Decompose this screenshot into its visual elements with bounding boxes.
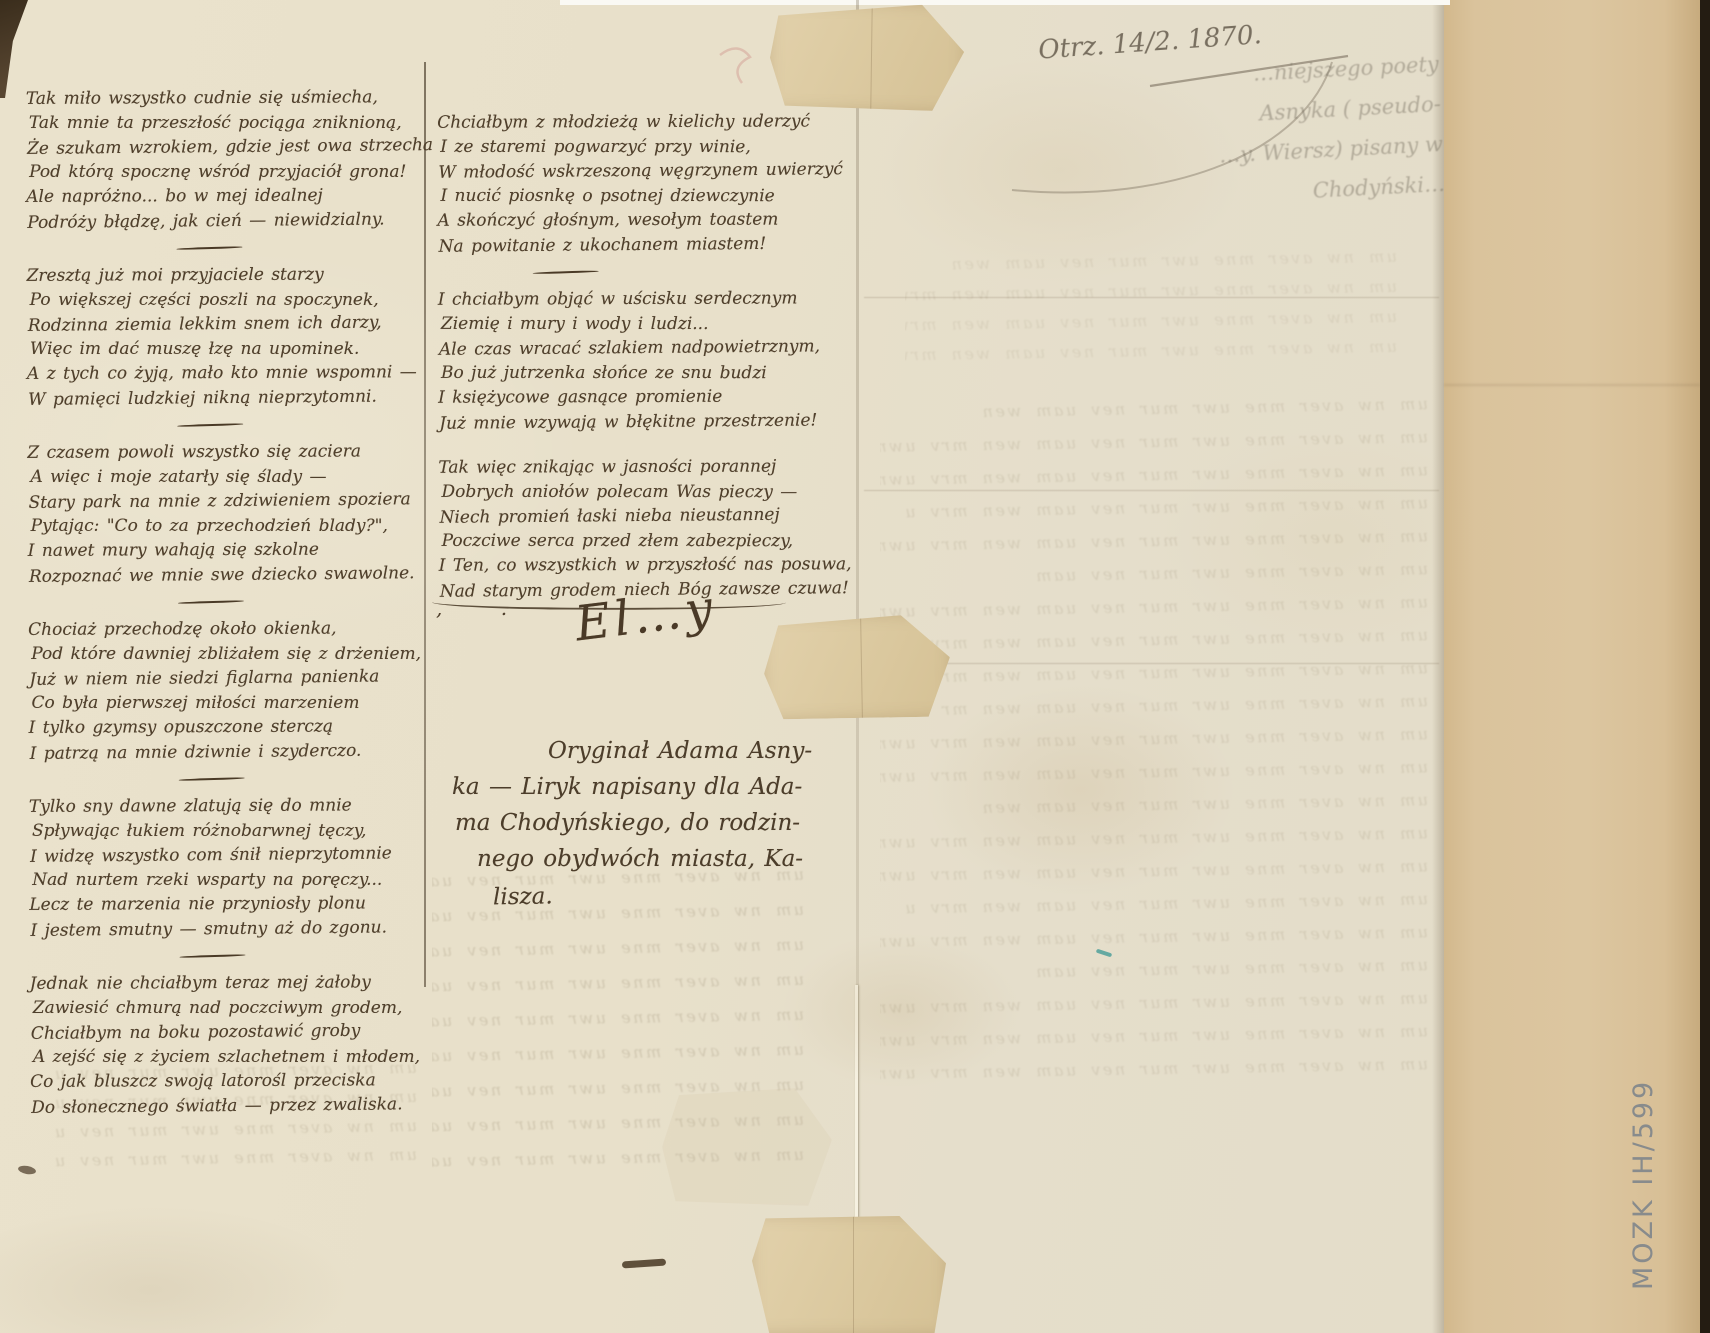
manuscript-scan: um nw aver mne uwr mur nev uam wenum nw … bbox=[0, 0, 1710, 1333]
backing-strip bbox=[1444, 0, 1700, 1333]
tape-fold-line bbox=[860, 616, 863, 718]
binding-remnant bbox=[0, 0, 28, 98]
fold-crack bbox=[855, 985, 858, 1220]
poem-line: I tylko gzymsy opuszczone sterczą bbox=[28, 714, 432, 740]
poem-column-2: Chciałbym z młodzieżą w kielichy uderzyć… bbox=[437, 109, 843, 602]
poem-line: Chciałbym na boku pozostawić groby bbox=[31, 1018, 435, 1046]
bleedthrough-line: um nw aver mne uwr mur nev uam wen mrv u… bbox=[449, 997, 804, 1038]
poem-line: I ze staremi pogwarzyć przy winie, bbox=[440, 134, 844, 159]
poem-line: Chciałbym z młodzieżą w kielichy uderzyć bbox=[437, 109, 841, 135]
stanza-separator bbox=[29, 763, 433, 795]
bleedthrough-line: um nw aver mne uwr mur nev uam wen mrv u… bbox=[892, 618, 1428, 660]
tape-fold-line bbox=[870, 4, 872, 110]
bleedthrough-line: um nw aver mne uwr mur nev uam wen mrv u bbox=[890, 882, 1428, 924]
poem-line: I nawet mury wahają się szkolne bbox=[28, 537, 432, 563]
poem-line: Zawiesić chmurą nad poczciwym grodem, bbox=[33, 995, 437, 1020]
poem-column-1: Tak miło wszystko cudnie się uśmiecha,Ta… bbox=[26, 85, 434, 1119]
note-line: ka — Liryk napisany dla Ada- bbox=[430, 769, 830, 805]
poem-line: Pod którą spocznę wśród przyjaciół grona… bbox=[29, 160, 433, 185]
bleedthrough-line: um nw aver mne uwr mur nev uam wen mrv u… bbox=[901, 849, 1428, 891]
poem-line: Podróży błądzę, jak cień — niewidzialny. bbox=[27, 207, 431, 235]
bleedthrough-line: um nw aver mne uwr mur nev uam bbox=[884, 948, 1428, 990]
provenance-note: Oryginał Adama Asny-ka — Liryk napisany … bbox=[430, 733, 830, 913]
poem-line: Co jak bluszcz swoją latorośl przeciska bbox=[30, 1068, 434, 1094]
bleedthrough-line: um nw aver mne uwr mur nev uam wen mrv u bbox=[915, 332, 1397, 366]
bleedthrough-line: um nw aver mne uwr mur nev uam wen mrv u… bbox=[892, 1014, 1428, 1056]
poem-line: Ale napróżno... bo w mej idealnej bbox=[26, 183, 430, 209]
paper-crease bbox=[864, 663, 1439, 664]
poem-line: A z tych co żyją, mało kto mnie wspomni … bbox=[27, 360, 431, 386]
bleedthrough-line: um nw aver mne uwr mur nev uam wen mrv u… bbox=[895, 816, 1428, 858]
poem-line: Ale czas wracać szlakiem nadpowietrznym, bbox=[439, 334, 843, 362]
bleedthrough-line: um nw aver mne uwr mur nev uam wen mrv u bbox=[65, 1140, 417, 1174]
stanza-separator bbox=[438, 256, 842, 287]
bleedthrough-line: um nw aver mne uwr mur nev uam wen mr bbox=[888, 684, 1428, 726]
note-line: Oryginał Adama Asny- bbox=[430, 733, 830, 769]
separator-stroke bbox=[177, 423, 243, 428]
bleedthrough-line: um nw aver mne uwr mur nev uam bbox=[884, 552, 1428, 594]
bleedthrough-line: um nw aver mne uwr mur nev uam wen mrv u bbox=[442, 962, 804, 1003]
bleedthrough-line: um nw aver mne uwr mur nev uam wen mrv u bbox=[890, 486, 1428, 528]
poem-line: I patrzą na mnie dziwnie i szyderczo. bbox=[30, 738, 434, 766]
poem-line: Poczciwe serca przed złem zabezpieczy, bbox=[442, 528, 846, 553]
teal-mark bbox=[1096, 949, 1112, 958]
poem-line: Co była pierwszej miłości marzeniem bbox=[31, 690, 435, 715]
poem-line: I Ten, co wszystkich w przyszłość nas po… bbox=[439, 552, 843, 578]
pencil-annotation: …niejszego poetyAsnyka ( pseudo-…y. Wier… bbox=[1128, 44, 1446, 220]
bleedthrough-line: um nw aver mne uwr mur nev uam wen mrv u… bbox=[920, 272, 1397, 310]
bleedthrough-region: um nw aver mne uwr mur nev uam wenum nw … bbox=[880, 392, 1428, 1084]
bleedthrough-region: um nw aver mne uwr mur nev uam wenum nw … bbox=[905, 246, 1397, 366]
poem-line: W młodość wskrzeszoną węgrzynem uwierzyć bbox=[438, 157, 842, 185]
poem-line: Tylko sny dawne zlatują się do mnie bbox=[29, 793, 433, 819]
ink-speck bbox=[17, 1164, 36, 1175]
poem-line: I chciałbym objąć w uścisku serdecznym bbox=[438, 286, 842, 312]
ink-dots: , . bbox=[436, 596, 533, 620]
poem-line: Spływając łukiem różnobarwnej tęczy, bbox=[32, 818, 436, 843]
poem-line: Zresztą już moi przyjaciele starzy bbox=[27, 262, 431, 288]
poem-line: Tak więc znikając w jasności porannej bbox=[438, 454, 842, 480]
tape-fold-line bbox=[853, 1216, 854, 1333]
poem-line: Niech promień łaski nieba nieustannej bbox=[439, 502, 843, 530]
poem-line: I księżycowe gasnące promienie bbox=[438, 384, 842, 410]
bleedthrough-line: um nw aver mne uwr mur nev uam wen mrv u… bbox=[926, 302, 1397, 340]
poem-line: Że szukam wzrokiem, gdzie jest owa strze… bbox=[27, 133, 431, 161]
poem-stanza: Jednak nie chciałbym teraz mej żałobyZaw… bbox=[30, 970, 435, 1119]
poem-stanza: Chciałbym z młodzieżą w kielichy uderzyć… bbox=[437, 109, 842, 257]
bleedthrough-line: um nw aver mne uwr mur nev uam wen mrv u… bbox=[897, 915, 1428, 957]
poem-line: I widzę wszystko com śnił nieprzytomnie bbox=[30, 841, 434, 869]
note-line: lisza. bbox=[430, 874, 831, 917]
ink-smudge bbox=[622, 1258, 666, 1268]
bleedthrough-line: um nw aver mne uwr mur nev uam wen mrv u… bbox=[897, 519, 1428, 561]
poem-line: Stary park na mnie z zdziwieniem spozier… bbox=[28, 487, 432, 515]
separator-stroke bbox=[180, 954, 246, 959]
poem-stanza: Zresztą już moi przyjaciele starzyPo wię… bbox=[27, 262, 432, 411]
separator-stroke bbox=[176, 246, 242, 251]
poem-line: Chociaż przechodzę około okienka, bbox=[28, 616, 432, 642]
poem-line: I nucić piosnkę o psotnej dziewczynie bbox=[440, 183, 844, 208]
poem-line: Nad nurtem rzeki wsparty na poręczy... bbox=[32, 867, 436, 892]
poem-stanza: Tak więc znikając w jasności porannejDob… bbox=[438, 454, 843, 602]
bleedthrough-line: um nw aver mne uwr mur nev uam wen mrv u… bbox=[898, 651, 1428, 693]
poem-line: Ziemię i mury i wody i ludzi... bbox=[441, 311, 845, 336]
poem-line: Do słonecznego światła — przez zwaliska. bbox=[31, 1092, 435, 1120]
poem-line: Dobrych aniołów polecam Was pieczy — bbox=[441, 479, 845, 504]
tape-patch-top bbox=[769, 3, 964, 112]
separator-stroke bbox=[178, 600, 244, 605]
poem-line: Jednak nie chciałbym teraz mej żałoby bbox=[30, 970, 434, 996]
catalog-number: MOZK IH/599 bbox=[1628, 1079, 1659, 1290]
poem-line: Rodzinna ziemia lekkim snem ich darzy, bbox=[28, 310, 432, 338]
poem-line: A skończyć głośnym, wesołym toastem bbox=[437, 207, 841, 233]
bleedthrough-line: um nw aver mne uwr mur nev uam wen mrv u… bbox=[904, 585, 1428, 627]
tape-patch-bottom bbox=[752, 1216, 946, 1333]
bleedthrough-line: um nw aver mne uwr mur nev uam wen mrv u… bbox=[904, 981, 1428, 1023]
scan-background-sliver bbox=[560, 0, 1450, 5]
poem-stanza: Tak miło wszystko cudnie się uśmiecha,Ta… bbox=[26, 85, 431, 234]
poem-line: Tak miło wszystko cudnie się uśmiecha, bbox=[26, 85, 430, 111]
poem-line: Pytając: "Co to za przechodzień blady?", bbox=[31, 514, 435, 539]
stanza-gap bbox=[438, 433, 842, 455]
poem-stanza: Tylko sny dawne zlatują się do mnieSpływ… bbox=[29, 793, 434, 942]
poem-line: Na powitanie z ukochanem miastem! bbox=[439, 231, 843, 259]
poem-line: Bo już jutrzenka słońce ze snu budzi bbox=[441, 360, 845, 385]
poem-line: W pamięci ludzkiej nikną nieprzytomni. bbox=[28, 384, 432, 412]
poem-line: Więc im dać muszę łzę na upominek. bbox=[30, 337, 434, 362]
scan-edge bbox=[1700, 0, 1710, 1333]
paper-crease bbox=[864, 490, 1439, 491]
note-line: nego obydwóch miasta, Ka- bbox=[430, 841, 830, 877]
poem-line: I jestem smutny — smutny aż do zgonu. bbox=[30, 915, 434, 943]
poem-line: Pod które dawniej zbliżałem się z drżeni… bbox=[31, 641, 435, 666]
separator-stroke bbox=[533, 270, 599, 274]
bleedthrough-line: um nw aver mne uwr mur nev uam wen mrv u… bbox=[453, 927, 804, 968]
poem-line: Lecz te marzenia nie przyniosły plonu bbox=[29, 891, 433, 917]
strip-crease bbox=[1444, 384, 1700, 386]
bleedthrough-line: um nw aver mne uwr mur nev uam wen bbox=[886, 783, 1428, 825]
poem-line: A więc i moje zatarły się ślady — bbox=[30, 465, 434, 490]
poem-stanza: Chociaż przechodzę około okienka,Pod któ… bbox=[28, 616, 433, 765]
note-line: ma Chodyńskiego, do rodzin- bbox=[430, 805, 830, 841]
bleedthrough-line: um nw aver mne uwr mur nev uam wen bbox=[886, 392, 1428, 430]
tape-patch-middle bbox=[763, 614, 951, 719]
poem-stanza: Z czasem powoli wszystko się zacieraA wi… bbox=[27, 439, 432, 588]
bleedthrough-line: um nw aver mne uwr mur nev uam wen bbox=[911, 246, 1397, 280]
bleedthrough-line: um nw aver mne uwr mur nev uam wen mrv u… bbox=[894, 717, 1428, 759]
separator-stroke bbox=[179, 777, 245, 782]
poem-line: Z czasem powoli wszystko się zaciera bbox=[27, 439, 431, 465]
stanza-separator bbox=[26, 232, 430, 264]
poem-line: Już w niem nie siedzi figlarna panienka bbox=[29, 664, 433, 692]
bleedthrough-line: um nw aver mne uwr mur nev uam bbox=[436, 1032, 804, 1073]
bleedthrough-tape-shadow bbox=[662, 1088, 832, 1206]
poem-line: Rozpoznać we mnie swe dziecko swawolne. bbox=[29, 561, 433, 589]
stanza-separator bbox=[27, 409, 431, 441]
bleedthrough-line: um nw aver mne uwr mur nev uam wen mrv u… bbox=[895, 420, 1428, 462]
poem-line: Już mnie wzywają w błękitne przestrzenie… bbox=[439, 408, 843, 436]
stanza-separator bbox=[28, 586, 432, 618]
bleedthrough-line: um nw aver mne uwr mur nev uam wen mrv u… bbox=[898, 1047, 1428, 1084]
poem-line: A zejść się z życiem szlachetnem i młode… bbox=[33, 1044, 437, 1069]
poem-line: Tak mnie ta przeszłość pociąga zniknioną… bbox=[29, 111, 433, 136]
paper-crease bbox=[864, 297, 1439, 298]
stanza-separator bbox=[29, 940, 433, 972]
bleedthrough-line: um nw aver mne uwr mur nev uam wen mrv u… bbox=[902, 750, 1428, 792]
poem-line: Po większej części poszli na spoczynek, bbox=[30, 288, 434, 313]
poem-stanza: I chciałbym objąć w uścisku serdecznymZi… bbox=[438, 286, 843, 434]
